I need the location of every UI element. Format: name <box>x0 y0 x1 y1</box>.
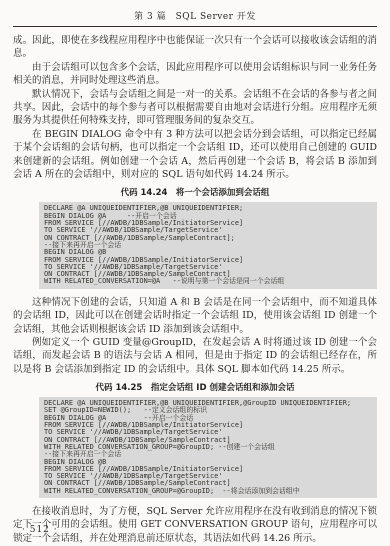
page-header: 第 3 篇 SQL Server 开发 <box>13 9 377 27</box>
page-content: 成。因此，即使在多线程应用程序中也能保证一次只有一个会话可以接收该会话组的消息。… <box>13 34 377 545</box>
paragraph-continuation: 成。因此，即使在多线程应用程序中也能保证一次只有一个会话可以接收该会话组的消息。 <box>13 34 377 61</box>
paragraph-begin-dialog-methods: 在 BEGIN DIALOG 命令中有 3 种方法可以把会话分到会话组，可以指定… <box>13 128 377 182</box>
paragraph-get-conversation-group: 在接收消息时，为了方便，SQL Server 允许应用程序在没有收到消息的情况下… <box>13 505 377 545</box>
book-page: 第 3 篇 SQL Server 开发 成。因此，即使在多线程应用程序中也能保证… <box>0 0 390 546</box>
code-caption-14-24: 代码 14.24 将一个会话添加到会话组 <box>13 186 377 198</box>
header-title: 第 3 篇 SQL Server 开发 <box>134 12 256 22</box>
code-caption-14-25: 代码 14.25 指定会话组 ID 创建会话组和添加会话 <box>13 381 377 393</box>
code-listing-14-24: DECLARE @A UNIQUEIDENTIFIER,@B UNIQUEIDE… <box>39 202 377 288</box>
code-listing-14-25: DECLARE @A UNIQUEIDENTIFIER,@B UNIQUEIDE… <box>39 397 377 498</box>
paragraph-guid-variable: 例如定义一个 GUID 变量@GroupID，在发起会话 A 时将通过该 ID … <box>13 336 377 376</box>
paragraph-default-relation: 默认情况下，会话与会话组之间是一对一的关系。会话组不在会话的各参与者之间共享。因… <box>13 88 377 128</box>
paragraph-group-id-case: 这种情况下创建的会话，只知道 A 和 B 会话是在同一个会话组中，而不知道具体的… <box>13 296 377 336</box>
page-number: · 512 · <box>22 525 58 535</box>
paragraph-session-group: 由于会话组可以包含多个会话，因此应用程序可以使用会话组标识与同一业务任务相关的消… <box>13 61 377 88</box>
